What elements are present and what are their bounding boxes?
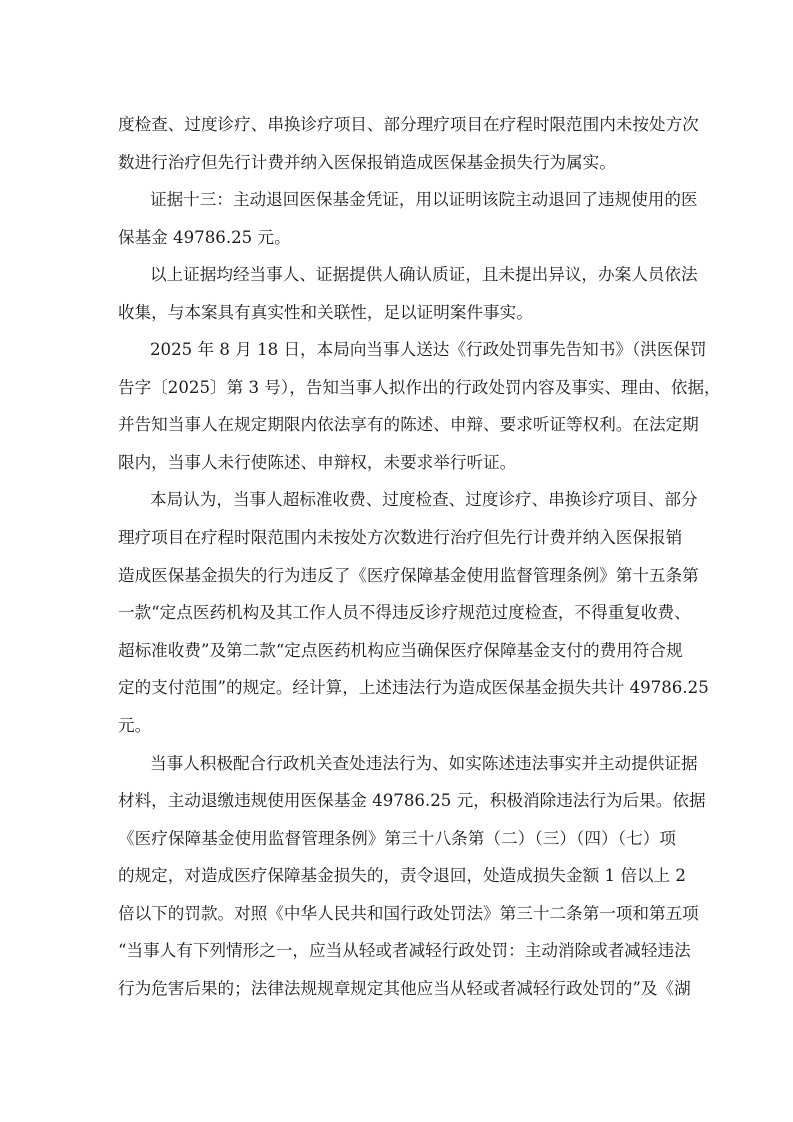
- text-line-6: 收集，与本案具有真实性和关联性，足以证明案件事实。: [118, 301, 676, 325]
- text-line-8: 告字〔2025〕第 3 号），告知当事人拟作出的行政处罚内容及事实、理由、依据，: [118, 376, 676, 400]
- text-line-2: 数进行治疗但先行计费并纳入医保报销造成医保基金损失行为属实。: [118, 151, 676, 175]
- text-line-1: 度检查、过度诊疗、串换诊疗项目、部分理疗项目在疗程时限范围内未按处方次: [118, 113, 676, 137]
- text-line-9: 并告知当事人在规定期限内依法享有的陈述、申辩、要求听证等权利。在法定期: [118, 413, 676, 437]
- text-line-23: “当事人有下列情形之一，应当从轻或者减轻行政处罚：主动消除或者减轻违法: [118, 939, 676, 963]
- text-line-18: 当事人积极配合行政机关查处违法行为、如实陈述违法事实并主动提供证据: [150, 752, 676, 776]
- text-line-14: 一款“定点医药机构及其工作人员不得违反诊疗规范过度检查，不得重复收费、: [118, 601, 676, 625]
- text-line-10: 限内，当事人未行使陈述、申辩权，未要求举行听证。: [118, 451, 676, 475]
- text-line-13: 造成医保基金损失的行为违反了《医疗保障基金使用监督管理条例》第十五条第: [118, 564, 676, 588]
- text-line-4: 保基金 49786.25 元。: [118, 226, 676, 250]
- document-page: 度检查、过度诊疗、串换诊疗项目、部分理疗项目在疗程时限范围内未按处方次 数进行治…: [0, 0, 793, 1122]
- text-line-22: 倍以下的罚款。对照《中华人民共和国行政处罚法》第三十二条第一项和第五项: [118, 902, 676, 926]
- text-line-11: 本局认为，当事人超标准收费、过度检查、过度诊疗、串换诊疗项目、部分: [150, 488, 676, 512]
- text-line-21: 的规定，对造成医疗保障基金损失的，责令退回，处造成损失金额 1 倍以上 2: [118, 864, 676, 888]
- text-line-7: 2025 年 8 月 18 日，本局向当事人送达《行政处罚事先告知书》（洪医保罚: [150, 338, 676, 362]
- text-line-15: 超标准收费”及第二款“定点医药机构应当确保医疗保障基金支付的费用符合规: [118, 639, 676, 663]
- text-line-3: 证据十三：主动退回医保基金凭证，用以证明该院主动退回了违规使用的医: [150, 188, 676, 212]
- text-line-19: 材料，主动退缴违规使用医保基金 49786.25 元，积极消除违法行为后果。依据: [118, 789, 676, 813]
- text-line-5: 以上证据均经当事人、证据提供人确认质证，且未提出异议，办案人员依法: [150, 263, 676, 287]
- text-line-17: 元。: [118, 714, 676, 738]
- text-line-24: 行为危害后果的；法律法规规章规定其他应当从轻或者减轻行政处罚的”及《湖: [118, 977, 676, 1001]
- text-line-16: 定的支付范围”的规定。经计算，上述违法行为造成医保基金损失共计 49786.25: [118, 676, 676, 700]
- text-line-20: 《医疗保障基金使用监督管理条例》第三十八条第（二）（三）（四）（七）项: [118, 827, 676, 851]
- text-line-12: 理疗项目在疗程时限范围内未按处方次数进行治疗但先行计费并纳入医保报销: [118, 526, 676, 550]
